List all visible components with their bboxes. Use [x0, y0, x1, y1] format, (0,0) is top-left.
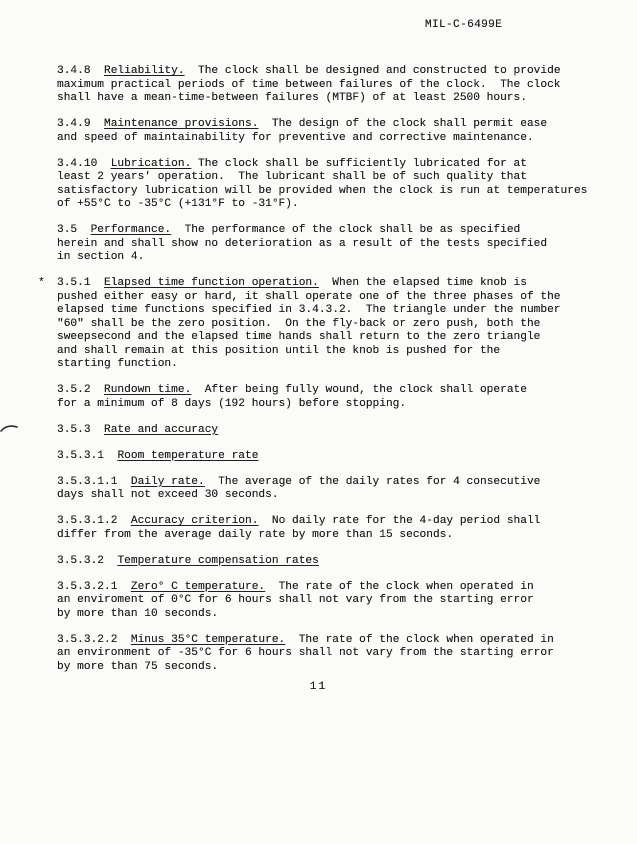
spec-paragraph-3-5-3-2: 3.5.3.2 Temperature compensation rates: [57, 555, 605, 569]
clause-title: Maintenance provisions.: [104, 118, 258, 130]
spec-paragraph-3-5-3-1-1: 3.5.3.1.1 Daily rate. The average of the…: [57, 476, 605, 503]
clause-number: 3.5.3.2: [57, 555, 117, 567]
clause-title: Reliability.: [104, 65, 185, 77]
spec-paragraph-3-5-3-1: 3.5.3.1 Room temperature rate: [57, 450, 605, 464]
spec-paragraph-3-5-3-2-1: 3.5.3.2.1 Zero° C temperature. The rate …: [57, 581, 605, 622]
spec-paragraph-3-5-2: 3.5.2 Rundown time. After being fully wo…: [57, 384, 605, 411]
clause-number: 3.4.10: [57, 158, 111, 170]
clause-title: Elapsed time function operation.: [104, 277, 319, 289]
revision-star-marker: *: [38, 277, 45, 291]
clause-number: 3.4.9: [57, 118, 104, 130]
clause-title: Room temperature rate: [117, 450, 258, 462]
spec-paragraph-3-5-3-1-2: 3.5.3.1.2 Accuracy criterion. No daily r…: [57, 515, 605, 542]
clause-title: Lubrication.: [111, 158, 192, 170]
clause-number: 3.5.3: [57, 424, 104, 436]
page-number: 11: [0, 681, 637, 693]
clause-number: 3.5: [57, 224, 91, 236]
clause-title: Daily rate.: [131, 476, 205, 488]
clause-title: Minus 35°C temperature.: [131, 634, 285, 646]
clause-title: Rate and accuracy: [104, 424, 218, 436]
document-page: MIL-C-6499E 3.4.8 Reliability. The clock…: [0, 0, 637, 844]
clause-number: 3.5.1: [57, 277, 104, 289]
clause-number: 3.5.3.2.2: [57, 634, 131, 646]
clause-number: 3.5.3.1: [57, 450, 117, 462]
document-body: 3.4.8 Reliability. The clock shall be de…: [57, 65, 605, 687]
clause-title: Temperature compensation rates: [117, 555, 318, 567]
spec-paragraph-3-4-8: 3.4.8 Reliability. The clock shall be de…: [57, 65, 605, 106]
clause-title: Performance.: [91, 224, 172, 236]
spec-paragraph-3-4-9: 3.4.9 Maintenance provisions. The design…: [57, 118, 605, 145]
document-id-header: MIL-C-6499E: [425, 19, 502, 31]
clause-title: Rundown time.: [104, 384, 191, 396]
clause-number: 3.5.3.2.1: [57, 581, 131, 593]
spec-paragraph-3-5-1: *3.5.1 Elapsed time function operation. …: [57, 277, 605, 372]
clause-number: 3.5.3.1.1: [57, 476, 131, 488]
clause-number: 3.5.3.1.2: [57, 515, 131, 527]
clause-title: Accuracy criterion.: [131, 515, 259, 527]
spec-paragraph-3-5-3-2-2: 3.5.3.2.2 Minus 35°C temperature. The ra…: [57, 634, 605, 675]
clause-number: 3.5.2: [57, 384, 104, 396]
spec-paragraph-3-4-10: 3.4.10 Lubrication. The clock shall be s…: [57, 158, 605, 212]
spec-paragraph-3-5: 3.5 Performance. The performance of the …: [57, 224, 605, 265]
handwritten-margin-mark-icon: [0, 420, 20, 436]
spec-paragraph-3-5-3: 3.5.3 Rate and accuracy: [57, 424, 605, 438]
clause-body: When the elapsed time knob is pushed eit…: [57, 277, 561, 370]
clause-number: 3.4.8: [57, 65, 104, 77]
clause-title: Zero° C temperature.: [131, 581, 265, 593]
